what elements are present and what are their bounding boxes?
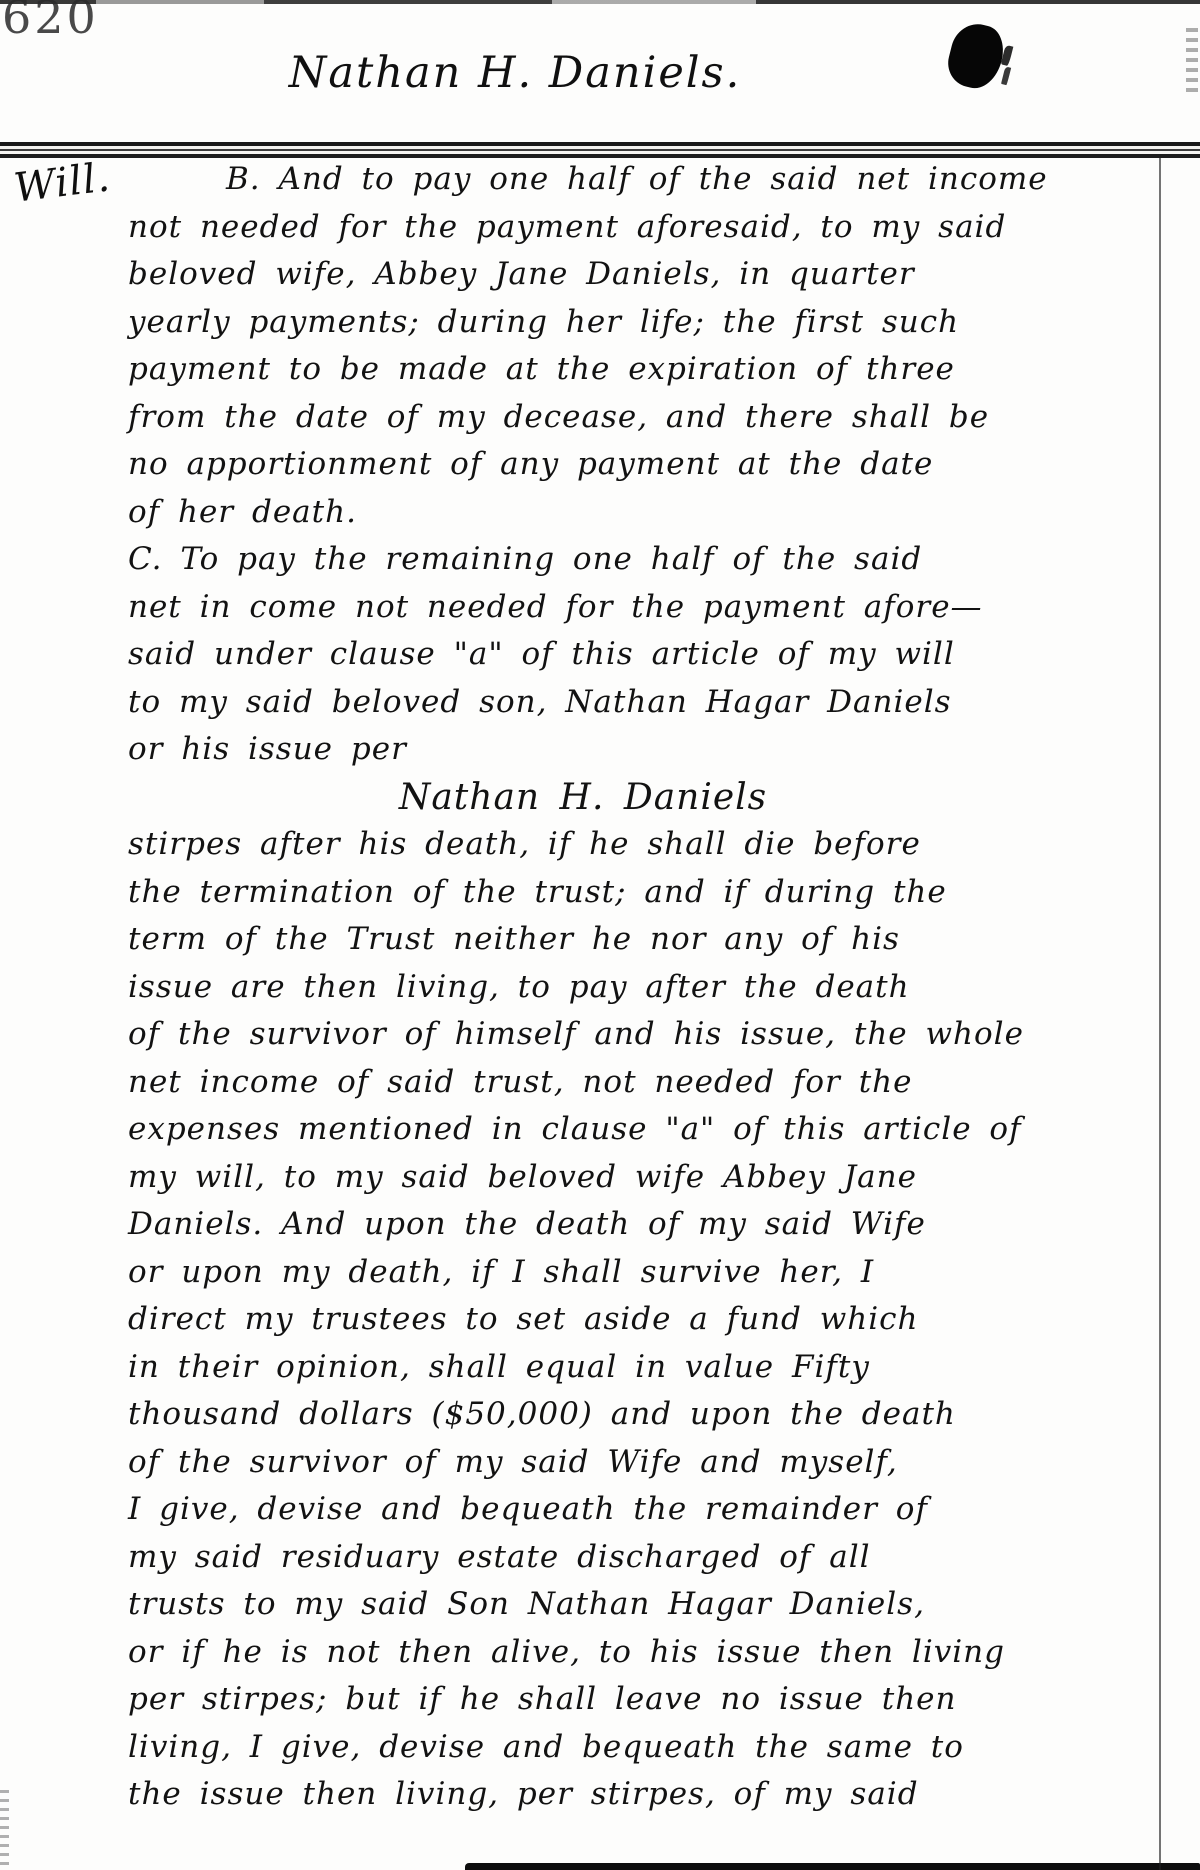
handwritten-line: living, I give, devise and bequeath the … — [128, 1724, 1148, 1772]
right-margin-rule — [1159, 158, 1161, 1870]
page-title: Nathan H. Daniels. — [0, 48, 1030, 98]
handwritten-line: stirpes after his death, if he shall die… — [128, 821, 1148, 869]
handwritten-line: the issue then living, per stirpes, of m… — [128, 1771, 1148, 1819]
handwritten-line: C. To pay the remaining one half of the … — [128, 536, 1148, 584]
handwritten-line: from the date of my decease, and there s… — [128, 394, 1148, 442]
handwritten-line: my will, to my said beloved wife Abbey J… — [128, 1154, 1148, 1202]
handwritten-line: said under clause "a" of this article of… — [128, 631, 1148, 679]
handwritten-line: yearly payments; during her life; the fi… — [128, 299, 1148, 347]
handwritten-line: Daniels. And upon the death of my said W… — [128, 1201, 1148, 1249]
will-text-body: B. And to pay one half of the said net i… — [128, 156, 1148, 1819]
handwritten-line: or if he is not then alive, to his issue… — [128, 1629, 1148, 1677]
handwritten-line: of the survivor of my said Wife and myse… — [128, 1439, 1148, 1487]
bottom-scan-edge-artifact — [465, 1863, 1200, 1870]
handwritten-line: beloved wife, Abbey Jane Daniels, in qua… — [128, 251, 1148, 299]
top-scan-edge-artifact — [0, 0, 1200, 4]
handwritten-line: thousand dollars ($50,000) and upon the … — [128, 1391, 1148, 1439]
margin-note-will: Will. — [12, 154, 113, 211]
handwritten-line: not needed for the payment aforesaid, to… — [128, 204, 1148, 252]
handwritten-line: of her death. — [128, 489, 1148, 537]
handwritten-line: expenses mentioned in clause "a" of this… — [128, 1106, 1148, 1154]
handwritten-line: per stirpes; but if he shall leave no is… — [128, 1676, 1148, 1724]
handwritten-line: in their opinion, shall equal in value F… — [128, 1344, 1148, 1392]
handwritten-line: or his issue per — [128, 726, 1148, 774]
handwritten-line: or upon my death, if I shall survive her… — [128, 1249, 1148, 1297]
handwritten-line: net in come not needed for the payment a… — [128, 584, 1148, 632]
handwritten-line: trusts to my said Son Nathan Hagar Danie… — [128, 1581, 1148, 1629]
handwritten-line: no apportionment of any payment at the d… — [128, 441, 1148, 489]
right-edge-scan-specks — [1186, 28, 1198, 98]
scanned-will-page: { "page": { "number": "620", "title": "N… — [0, 0, 1200, 1870]
handwritten-line: I give, devise and bequeath the remainde… — [128, 1486, 1148, 1534]
handwritten-line: net income of said trust, not needed for… — [128, 1059, 1148, 1107]
handwritten-line: direct my trustees to set aside a fund w… — [128, 1296, 1148, 1344]
handwritten-line: payment to be made at the expiration of … — [128, 346, 1148, 394]
page-number: 620 — [2, 0, 99, 44]
bottom-left-scan-specks — [0, 1790, 9, 1870]
handwritten-line: term of the Trust neither he nor any of … — [128, 916, 1148, 964]
handwritten-centered-name-line: Nathan H. Daniels — [128, 774, 1148, 822]
handwritten-line: B. And to pay one half of the said net i… — [128, 156, 1148, 204]
handwritten-line: the termination of the trust; and if dur… — [128, 869, 1148, 917]
handwritten-line: of the survivor of himself and his issue… — [128, 1011, 1148, 1059]
handwritten-line: to my said beloved son, Nathan Hagar Dan… — [128, 679, 1148, 727]
handwritten-line: my said residuary estate discharged of a… — [128, 1534, 1148, 1582]
handwritten-line: issue are then living, to pay after the … — [128, 964, 1148, 1012]
